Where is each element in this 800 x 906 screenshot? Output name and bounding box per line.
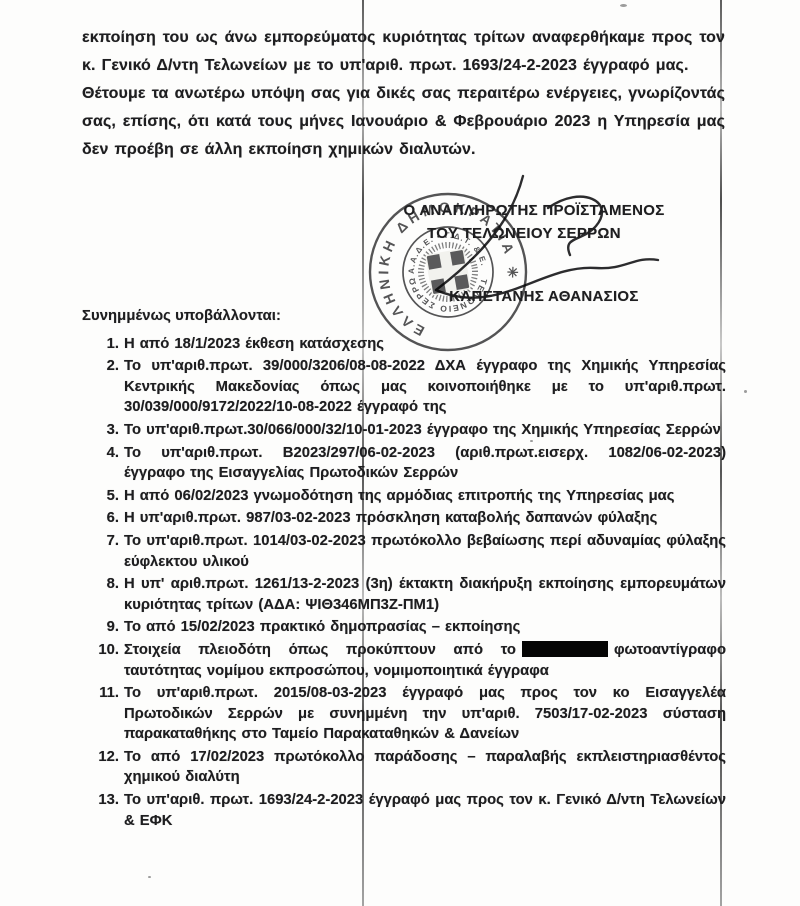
list-item: 6.Η υπ'αριθ.πρωτ. 987/03-02-2023 πρόσκλη… [82, 508, 726, 529]
list-item-text: Η υπ' αριθ.πρωτ. 1261/13-2-2023 (3η) έκτ… [124, 576, 726, 613]
list-item-text: Το υπ'αριθ.πρωτ. 39/000/3206/08-08-2022 … [124, 358, 726, 415]
list-item: 13.Το υπ'αριθ. πρωτ. 1693/24-2-2023 έγγρ… [82, 790, 726, 831]
list-item: 5.Η από 06/02/2023 γνωμοδότηση της αρμόδ… [82, 486, 726, 507]
list-item-number: 5. [90, 486, 119, 507]
list-item-text: Το υπ'αριθ. πρωτ. 1693/24-2-2023 έγγραφό… [124, 792, 726, 829]
attachments-list: 1.Η από 18/1/2023 έκθεση κατάσχεσης2.Το … [82, 334, 726, 832]
list-item: 2.Το υπ'αριθ.πρωτ. 39/000/3206/08-08-202… [82, 356, 726, 418]
list-item-number: 7. [90, 531, 119, 552]
list-item: 8.Η υπ' αριθ.πρωτ. 1261/13-2-2023 (3η) έ… [82, 574, 726, 615]
list-item: 1.Η από 18/1/2023 έκθεση κατάσχεσης [82, 334, 726, 355]
list-item-number: 8. [90, 574, 119, 595]
list-item-number: 3. [90, 420, 119, 441]
signer-title-line1: Ο ΑΝΑΠΛΗΡΩΤΗΣ ΠΡΟΪΣΤΑΜΕΝΟΣ [398, 202, 670, 220]
list-item-text: Το υπ'αριθ.πρωτ. 2015/08-03-2023 έγγραφό… [124, 685, 726, 742]
paragraph-closing: Θέτουμε τα ανωτέρω υπόψη σας για δικές σ… [82, 80, 725, 164]
paragraph-continuation: εκποίηση του ως άνω εμπορεύματος κυριότη… [82, 24, 725, 80]
list-item-number: 9. [90, 617, 119, 638]
list-item-text-before: Στοιχεία πλειοδότη όπως προκύπτουν από τ… [124, 642, 516, 658]
list-item-number: 12. [90, 747, 119, 768]
body-paragraphs: εκποίηση του ως άνω εμπορεύματος κυριότη… [82, 24, 725, 164]
list-item-text: Στοιχεία πλειοδότη όπως προκύπτουν από τ… [124, 642, 726, 679]
list-item: 11.Το υπ'αριθ.πρωτ. 2015/08-03-2023 έγγρ… [82, 683, 726, 745]
list-item-text: Το υπ'αριθ.πρωτ. Β2023/297/06-02-2023 (α… [124, 445, 726, 482]
list-item-text: Το υπ'αριθ.πρωτ. 1014/03-02-2023 πρωτόκο… [124, 533, 726, 570]
list-item-number: 4. [90, 443, 119, 464]
list-item: 3.Το υπ'αριθ.πρωτ.30/066/000/32/10-01-20… [82, 420, 726, 441]
list-item-text: Η από 06/02/2023 γνωμοδότηση της αρμόδια… [124, 488, 674, 504]
attachments-section: Συνημμένως υποβάλλονται: 1.Η από 18/1/20… [82, 306, 726, 833]
list-item-text: Το υπ'αριθ.πρωτ.30/066/000/32/10-01-2023… [124, 422, 721, 438]
list-item-text: Η υπ'αριθ.πρωτ. 987/03-02-2023 πρόσκληση… [124, 510, 657, 526]
list-item-number: 10. [90, 640, 119, 661]
list-item-text: Το από 17/02/2023 πρωτόκολλο παράδοσης –… [124, 749, 726, 786]
list-item: 10.Στοιχεία πλειοδότη όπως προκύπτουν απ… [82, 640, 726, 681]
attachments-heading: Συνημμένως υποβάλλονται: [82, 306, 726, 327]
scan-artifact [744, 390, 747, 393]
scan-artifact [148, 876, 151, 878]
scanned-document-page: εκποίηση του ως άνω εμπορεύματος κυριότη… [0, 0, 800, 906]
list-item-number: 11. [90, 683, 119, 704]
signer-name: ΚΑΠΕΤΑΝΗΣ ΑΘΑΝΑΣΙΟΣ [418, 288, 670, 306]
list-item-number: 1. [90, 334, 119, 355]
signer-title-line2: ΤΟΥ ΤΕΛΩΝΕΙΟΥ ΣΕΡΡΩΝ [408, 225, 640, 243]
list-item-number: 6. [90, 508, 119, 529]
redaction-box [522, 641, 608, 657]
list-item-text: Η από 18/1/2023 έκθεση κατάσχεσης [124, 336, 384, 352]
list-item-number: 13. [90, 790, 119, 811]
scan-artifact [620, 4, 627, 7]
list-item: 4.Το υπ'αριθ.πρωτ. Β2023/297/06-02-2023 … [82, 443, 726, 484]
list-item: 7.Το υπ'αριθ.πρωτ. 1014/03-02-2023 πρωτό… [82, 531, 726, 572]
list-item: 12.Το από 17/02/2023 πρωτόκολλο παράδοση… [82, 747, 726, 788]
list-item-number: 2. [90, 356, 119, 377]
list-item: 9.Το από 15/02/2023 πρακτικό δημοπρασίας… [82, 617, 726, 638]
list-item-text: Το από 15/02/2023 πρακτικό δημοπρασίας –… [124, 619, 520, 635]
